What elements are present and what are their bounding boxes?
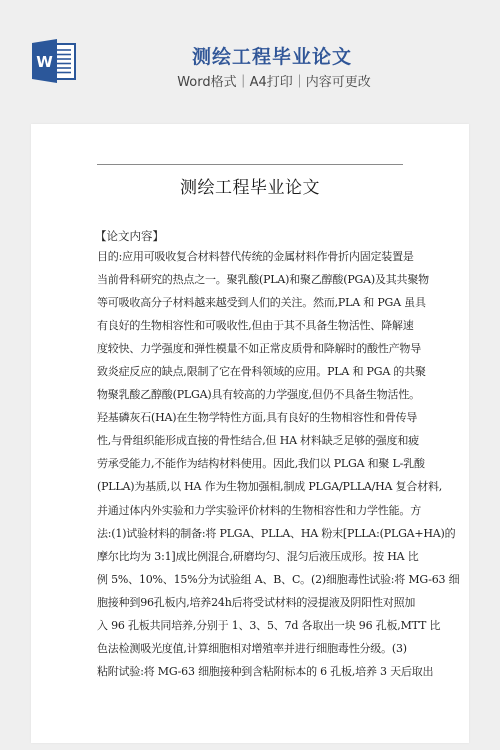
body-line: 例 5%、10%、15%分为试验组 A、B、C。(2)细胞毒性试验:将 MG-6… <box>97 572 403 595</box>
body-line: 入 96 孔板共同培养,分别于 1、3、5、7d 各取出一块 96 孔板,MTT… <box>97 618 403 641</box>
body-line: (PLLA)为基质,以 HA 作为生物加强相,制成 PLGA/PLLA/HA 复… <box>97 479 403 502</box>
body-line: 当前骨科研究的热点之一。聚乳酸(PLA)和聚乙醇酸(PGA)及其共聚物 <box>97 272 403 295</box>
header-title: 测绘工程毕业论文 <box>0 45 500 69</box>
body-line: 胞接种到96孔板内,培养24h后将受试材料的浸提液及阴阳性对照加 <box>97 595 403 618</box>
body-line: 劳承受能力,不能作为结构材料使用。因此,我们以 PLGA 和聚 L-乳酸 <box>97 456 403 479</box>
body-line: 等可吸收高分子材料越来越受到人们的关注。然而,PLA 和 PGA 虽具 <box>97 295 403 318</box>
document-body: 目的:应用可吸收复合材料替代传统的金属材料作骨折内固定装置是 当前骨科研究的热点… <box>97 249 403 687</box>
body-line: 物聚乳酸乙醇酸(PLGA)具有较高的力学强度,但仍不具备生物活性。 <box>97 387 403 410</box>
document-title: 测绘工程毕业论文 <box>31 177 469 199</box>
document-page: 测绘工程毕业论文 【论文内容】 目的:应用可吸收复合材料替代传统的金属材料作骨折… <box>31 124 469 743</box>
header-subtitle: Word格式｜A4打印｜内容可更改 <box>0 74 500 92</box>
section-label: 【论文内容】 <box>95 228 164 244</box>
body-line: 性,与骨组织能形成直接的骨性结合,但 HA 材料缺乏足够的强度和疲 <box>97 433 403 456</box>
body-line: 度较快、力学强度和弹性模量不如正常皮质骨和降解时的酸性产物导 <box>97 341 403 364</box>
body-line: 致炎症反应的缺点,限制了它在骨科领域的应用。PLA 和 PGA 的共聚 <box>97 364 403 387</box>
body-line: 粘附试验:将 MG-63 细胞接种到含粘附标本的 6 孔板,培养 3 天后取出 <box>97 664 403 687</box>
body-line: 色法检测吸光度值,计算细胞相对增殖率并进行细胞毒性分级。(3) <box>97 641 403 664</box>
header-rule-divider <box>97 164 403 165</box>
body-line: 目的:应用可吸收复合材料替代传统的金属材料作骨折内固定装置是 <box>97 249 403 272</box>
body-line: 摩尔比均为 3:1]成比例混合,研磨均匀、混匀后液压成形。按 HA 比 <box>97 549 403 572</box>
body-line: 并通过体内外实验和力学实验评价材料的生物相容性和力学性能。方 <box>97 503 403 526</box>
body-line: 法:(1)试验材料的制备:将 PLGA、PLLA、HA 粉末[PLLA:(PLG… <box>97 526 403 549</box>
body-line: 有良好的生物相容性和可吸收性,但由于其不具备生物活性、降解速 <box>97 318 403 341</box>
body-line: 羟基磷灰石(HA)在生物学特性方面,具有良好的生物相容性和骨传导 <box>97 410 403 433</box>
